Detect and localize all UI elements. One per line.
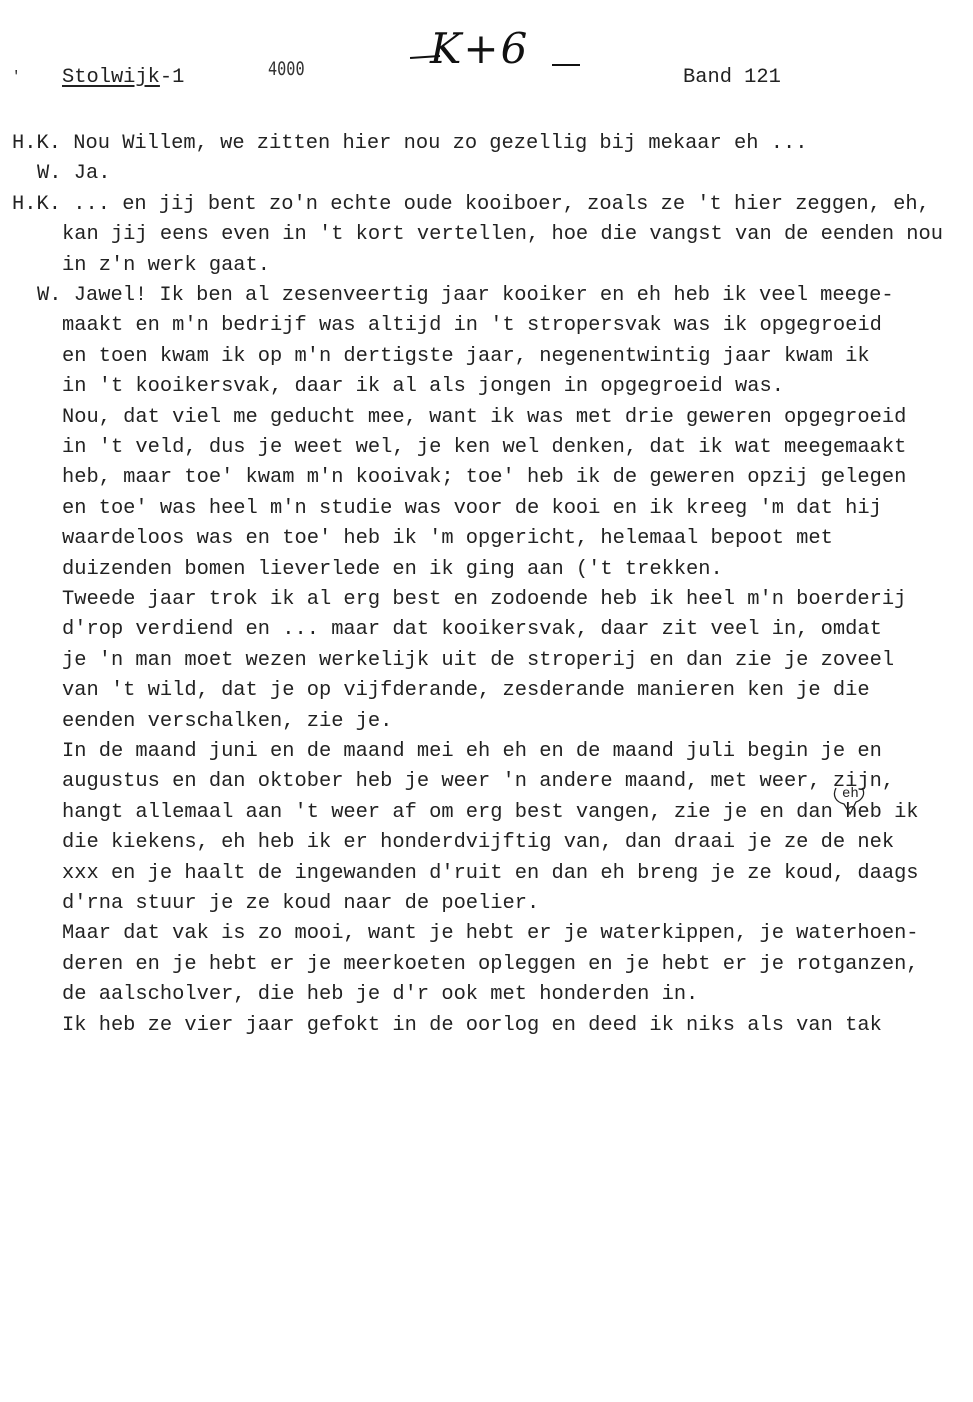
transcript-line: en toe' was heel m'n studie was voor de … — [62, 499, 882, 519]
speaker-label: H.K. — [12, 134, 61, 154]
transcript-line: augustus en dan oktober heb je weer 'n a… — [62, 772, 894, 792]
transcript-line: in z'n werk gaat. — [62, 256, 270, 276]
transcript-line: van 't wild, dat je op vijfderande, zesd… — [62, 681, 870, 701]
transcript-line: Ik heb ze vier jaar gefokt in de oorlog … — [62, 1016, 882, 1036]
inserted-word-annotation: eh — [842, 786, 859, 802]
transcript-line: in 't kooikersvak, daar ik al als jongen… — [62, 377, 784, 397]
transcript-line: Nou Willem, we zitten hier nou zo gezell… — [73, 134, 807, 154]
typewritten-transcript-page: ' Stolwijk-1 4000 K+6 Band 121 H.K.Nou W… — [0, 0, 973, 1402]
transcript-line: d'rna stuur je ze koud naar de poelier. — [62, 894, 539, 914]
transcript-line: maakt en m'n bedrijf was altijd in 't st… — [62, 316, 882, 336]
speaker-label: W. — [37, 286, 61, 306]
transcript-line: Tweede jaar trok ik al erg best en zodoe… — [62, 590, 906, 610]
transcript-line: hangt allemaal aan 't weer af om erg bes… — [62, 803, 919, 823]
location-suffix: -1 — [160, 66, 184, 89]
archive-number: 4000 — [268, 58, 305, 80]
transcript-line: heb, maar toe' kwam m'n kooivak; toe' he… — [62, 468, 906, 488]
transcript-line: deren en je hebt er je meerkoeten oplegg… — [62, 955, 919, 975]
transcript-line: de aalscholver, die heb je d'r ook met h… — [62, 985, 698, 1005]
transcript-line: Ja. — [74, 164, 111, 184]
document-location: Stolwijk-1 — [62, 68, 184, 88]
transcript-line: kan jij eens even in 't kort vertellen, … — [62, 225, 943, 245]
transcript-line: eenden verschalken, zie je. — [62, 712, 392, 732]
band-number: Band 121 — [683, 68, 781, 88]
location-name: Stolwijk — [62, 66, 160, 89]
transcript-line: Nou, dat viel me geducht mee, want ik wa… — [62, 408, 906, 428]
margin-mark: ' — [12, 70, 20, 84]
transcript-line: d'rop verdiend en ... maar dat kooikersv… — [62, 620, 882, 640]
transcript-line: duizenden bomen lieverlede en ik ging aa… — [62, 560, 723, 580]
speaker-label: H.K. — [12, 195, 61, 215]
transcript-line: Maar dat vak is zo mooi, want je hebt er… — [62, 924, 919, 944]
transcript-line: Jawel! Ik ben al zesenveertig jaar kooik… — [74, 286, 894, 306]
handwritten-code-text: K+6 — [430, 24, 529, 73]
transcript-line: je 'n man moet wezen werkelijk uit de st… — [62, 651, 894, 671]
transcript-line: die kiekens, eh heb ik er honderdvijftig… — [62, 833, 894, 853]
transcript-line: In de maand juni en de maand mei eh eh e… — [62, 742, 882, 762]
transcript-line: en toen kwam ik op m'n dertigste jaar, n… — [62, 347, 870, 367]
transcript-line: ... en jij bent zo'n echte oude kooiboer… — [73, 195, 930, 215]
transcript-line: waardeloos was en toe' heb ik 'm opgeric… — [62, 529, 833, 549]
transcript-line: in 't veld, dus je weet wel, je ken wel … — [62, 438, 906, 458]
handwritten-dash-right — [552, 64, 580, 66]
transcript-line: xxx en je haalt de ingewanden d'ruit en … — [62, 864, 919, 884]
speaker-label: W. — [37, 164, 61, 184]
